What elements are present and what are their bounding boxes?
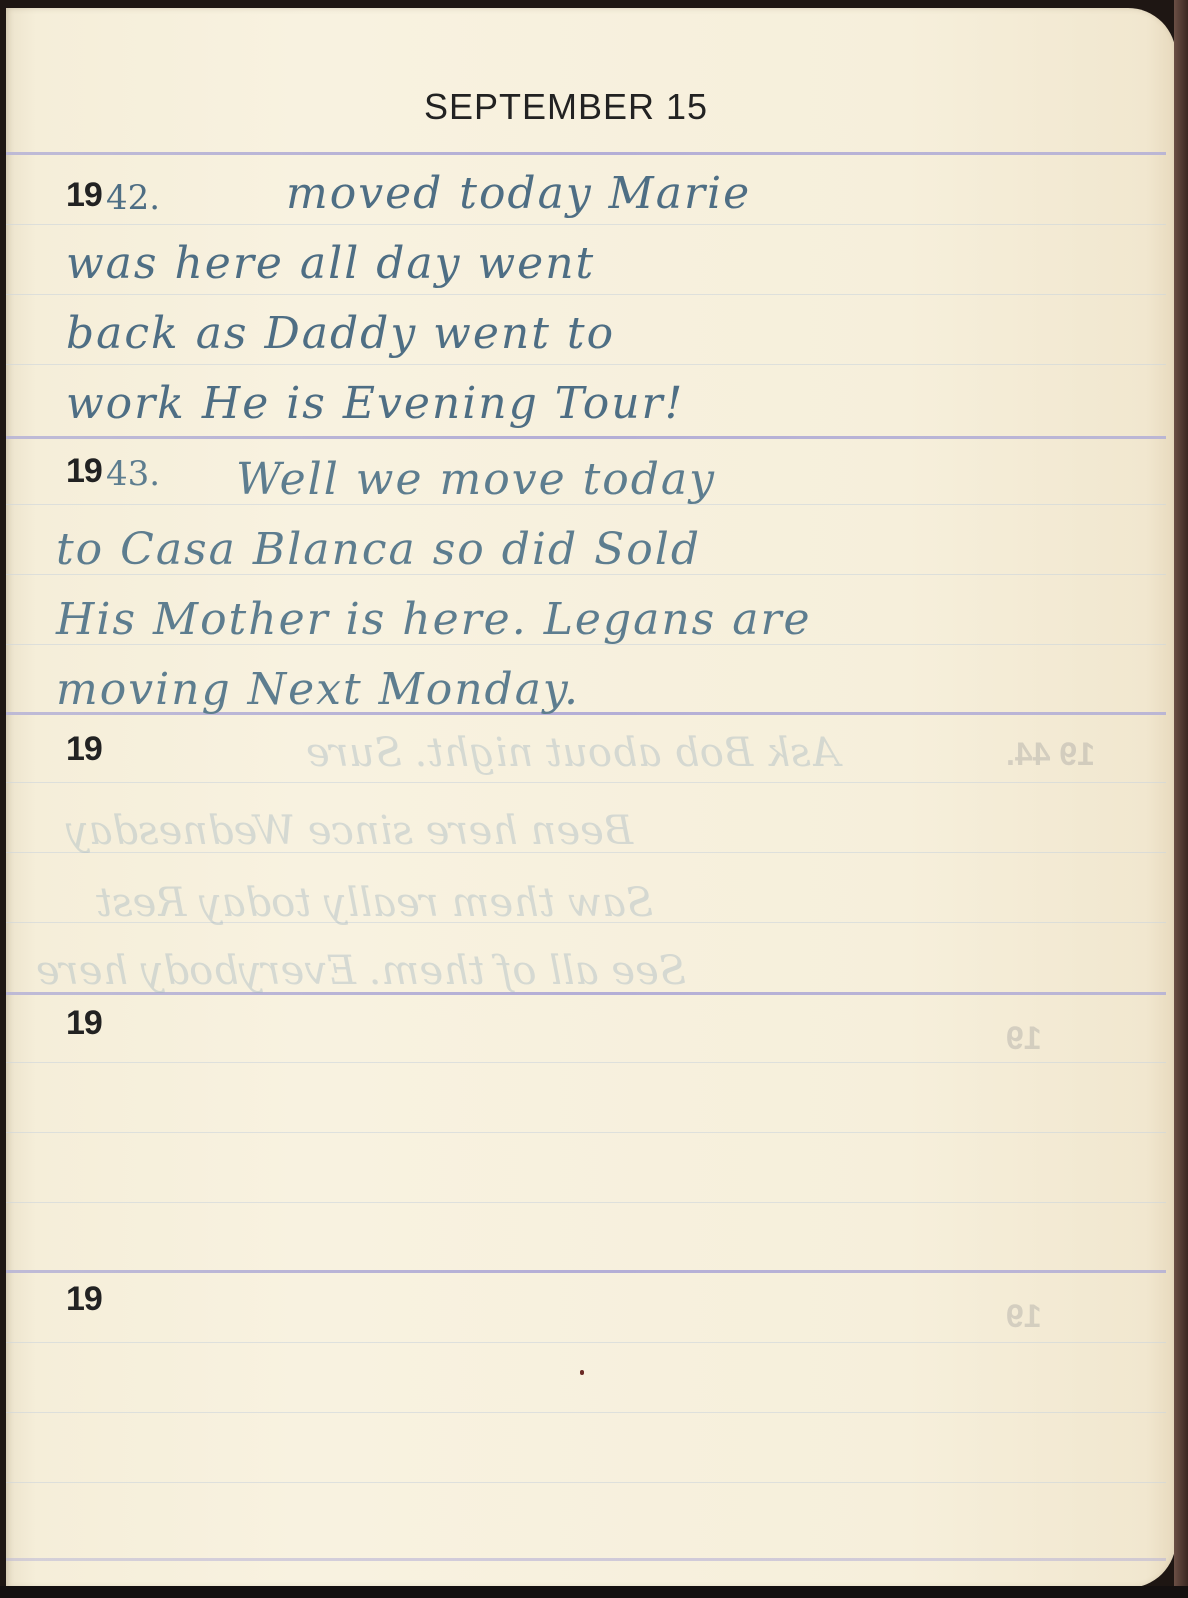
year-label: 19 bbox=[66, 730, 102, 769]
handwritten-line: moving Next Monday. bbox=[56, 664, 580, 715]
scan-bottom-edge bbox=[0, 1586, 1188, 1598]
year-label: 19 bbox=[66, 176, 102, 215]
bleed-through-line: Saw them really today Rest bbox=[96, 880, 653, 926]
handwritten-line: work He is Evening Tour! bbox=[66, 378, 684, 429]
writing-line bbox=[6, 1132, 1166, 1133]
writing-line bbox=[6, 1062, 1166, 1063]
writing-line bbox=[6, 782, 1166, 783]
section-rule bbox=[6, 1270, 1166, 1273]
year-suffix: 43. bbox=[106, 454, 160, 494]
handwritten-line: to Casa Blanca so did Sold bbox=[56, 524, 701, 575]
writing-line bbox=[6, 1412, 1166, 1413]
bleed-through-line: Been here since Wednesday bbox=[66, 808, 633, 854]
date-label: SEPTEMBER 15 bbox=[424, 86, 708, 127]
handwritten-line: back as Daddy went to bbox=[66, 308, 615, 359]
writing-line bbox=[6, 224, 1166, 225]
page-header: SEPTEMBER 15 bbox=[6, 86, 1176, 128]
handwritten-line: His Mother is here. Legans are bbox=[56, 594, 812, 645]
section-rule bbox=[6, 436, 1166, 439]
writing-line bbox=[6, 294, 1166, 295]
writing-line bbox=[6, 1342, 1166, 1343]
bleed-through-year: 19 bbox=[1006, 1298, 1042, 1335]
diary-page: SEPTEMBER 15 19 44. Ask Bob about night.… bbox=[6, 8, 1176, 1588]
bleed-through-line: Ask Bob about night. Sure bbox=[306, 730, 840, 776]
bleed-through-year: 19 44. bbox=[1006, 736, 1095, 773]
writing-line bbox=[6, 1482, 1166, 1483]
writing-line bbox=[6, 364, 1166, 365]
year-suffix: 42. bbox=[106, 178, 160, 218]
year-label: 19 bbox=[66, 1004, 102, 1043]
handwritten-line: Well we move today bbox=[236, 454, 716, 505]
handwritten-line: was here all day went bbox=[66, 238, 595, 289]
section-rule bbox=[6, 1558, 1166, 1561]
bleed-through-year: 19 bbox=[1006, 1020, 1042, 1057]
ink-speck bbox=[580, 1370, 584, 1375]
bleed-through-line: See all of them. Everybody here bbox=[36, 948, 686, 994]
handwritten-line: moved today Marie bbox=[286, 168, 751, 219]
year-label: 19 bbox=[66, 452, 102, 491]
book-binding-edge bbox=[1174, 0, 1188, 1598]
section-rule bbox=[6, 152, 1166, 155]
writing-line bbox=[6, 1202, 1166, 1203]
year-label: 19 bbox=[66, 1280, 102, 1319]
